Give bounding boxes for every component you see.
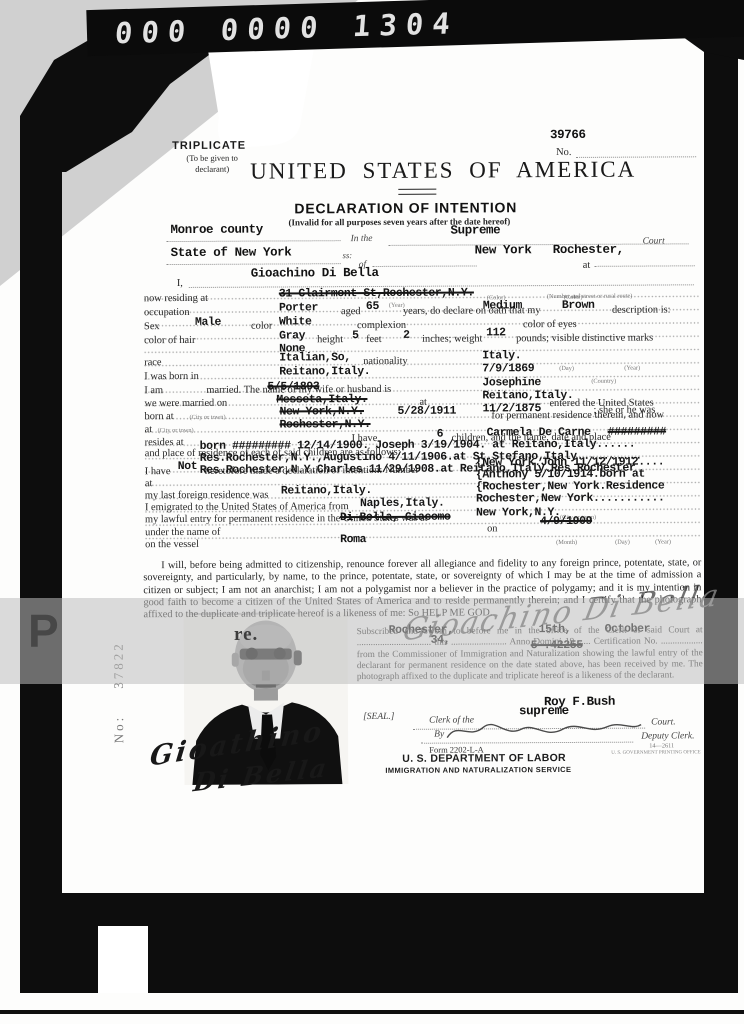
at-label-3: at bbox=[145, 478, 153, 489]
eyes-label: color of eyes bbox=[523, 319, 577, 330]
declaration-label-1: I have bbox=[145, 466, 171, 477]
ss-label: ss: bbox=[343, 250, 353, 260]
on-label: on bbox=[487, 523, 497, 534]
aged-label: aged bbox=[341, 306, 361, 317]
residing-value: 31 Clairmont St,Rochester,N.Y. bbox=[279, 286, 474, 300]
hair-value: Gray bbox=[279, 329, 305, 342]
vessel-label: on the vessel bbox=[145, 539, 199, 550]
complexion-value: Medium bbox=[483, 299, 522, 312]
feet-label: feet bbox=[366, 334, 382, 345]
country-sub: (Country) bbox=[591, 378, 616, 385]
brace-line-4: Rochester,New York........... bbox=[476, 491, 665, 505]
city-sub-1: (City or town) bbox=[189, 414, 225, 421]
declaration-form: TRIPLICATE (To be given to declarant) 39… bbox=[0, 0, 744, 1024]
scanned-declaration-document: 000 0000 1304 TRIPLICATE (To be given to… bbox=[0, 0, 744, 1024]
month-sub: (Month) bbox=[556, 539, 577, 546]
page-title: UNITED STATES OF AMERICA bbox=[250, 157, 636, 185]
print-office: U. S. GOVERNMENT PRINTING OFFICE bbox=[611, 750, 700, 755]
copy-note-line-1: (To be given to bbox=[162, 153, 262, 164]
city-sub-2: (City or town) bbox=[158, 427, 194, 434]
year-sub-1: (Year) bbox=[624, 365, 640, 372]
at-label-2: at bbox=[145, 424, 153, 435]
desc-label: description is: bbox=[612, 304, 671, 315]
complexion-label: complexion bbox=[357, 320, 406, 331]
copy-note: (To be given to declarant) bbox=[162, 153, 262, 175]
foreign-label: my last foreign residence was bbox=[145, 490, 269, 502]
height-inches-value: 2 bbox=[403, 329, 410, 342]
marks-label: pounds; visible distinctive marks bbox=[516, 333, 653, 345]
born-place-value: Reitano,Italy. bbox=[279, 365, 370, 378]
name-label: under the name of bbox=[145, 527, 220, 538]
deputy-label: Deputy Clerk. bbox=[641, 731, 694, 741]
bornat-value: New York,N.Y. bbox=[279, 405, 364, 418]
residing-label: now residing at bbox=[144, 293, 208, 304]
supreme-typed: supreme bbox=[519, 704, 569, 718]
dotted-line bbox=[576, 156, 696, 158]
form-subtitle: DECLARATION OF INTENTION bbox=[294, 199, 517, 216]
entry-name-value: Di Bella, Giacomo bbox=[340, 511, 451, 525]
court-name-typed: Supreme bbox=[450, 223, 500, 237]
height-label: height bbox=[317, 334, 343, 345]
not-value: Not bbox=[178, 460, 198, 473]
marriage-label: we were married on bbox=[144, 398, 227, 409]
weight-label: inches; weight bbox=[422, 333, 482, 344]
race-label: race bbox=[144, 357, 161, 368]
watermark-band bbox=[0, 598, 744, 684]
resides-label: resides at bbox=[145, 437, 184, 448]
title-rule bbox=[398, 189, 436, 195]
resided-value: Rochester,N.Y. bbox=[280, 418, 371, 431]
court-word-label: Court. bbox=[651, 717, 676, 727]
dept-label: U. S. DEPARTMENT OF LABOR bbox=[402, 752, 566, 765]
vessel-value: Roma bbox=[340, 533, 366, 546]
day-sub-2: (Day) bbox=[615, 539, 630, 546]
in-the-label: In the bbox=[351, 234, 373, 244]
entered-label: entered the United States bbox=[549, 398, 653, 410]
bornat-label: born at bbox=[144, 411, 173, 422]
i-label: I, bbox=[177, 278, 183, 289]
dotted-line bbox=[167, 240, 341, 242]
print-code: 14—2611 bbox=[649, 742, 674, 749]
dotted-line bbox=[373, 265, 477, 267]
day-sub-1: (Day) bbox=[559, 365, 574, 372]
married-label-1: I am bbox=[144, 385, 163, 396]
occupation-value: Porter bbox=[279, 301, 318, 314]
dotted-line bbox=[167, 263, 341, 265]
sex-label: Sex bbox=[144, 321, 160, 332]
watermark-p-letter: P bbox=[28, 604, 59, 658]
at-label: at bbox=[583, 260, 591, 271]
height-feet-value: 5 bbox=[352, 329, 359, 342]
declaration-label-2: heretofore made a declaration of intenti… bbox=[205, 465, 419, 477]
occupation-label: occupation bbox=[144, 307, 190, 318]
state-typed: State of New York bbox=[171, 245, 292, 260]
year-sub-2: (Year) bbox=[655, 538, 671, 545]
dotted-line bbox=[595, 265, 695, 267]
county-typed: Monroe county bbox=[170, 223, 262, 237]
color-value: White bbox=[279, 315, 312, 328]
watermark-re-text: re. bbox=[234, 624, 258, 646]
seal-label: [SEAL.] bbox=[363, 712, 394, 722]
service-label: IMMIGRATION AND NATURALIZATION SERVICE bbox=[385, 765, 571, 775]
declarant-name: Gioachino Di Bella bbox=[251, 266, 379, 281]
serial-number: 39766 bbox=[550, 128, 586, 142]
sex-value: Male bbox=[195, 316, 221, 329]
weight-value: 112 bbox=[486, 326, 506, 339]
by-label: By bbox=[434, 730, 444, 740]
entry-date-1: 5/28/1911 bbox=[397, 405, 456, 418]
copy-note-line-2: declarant) bbox=[162, 163, 262, 174]
spouse-name-value: Josephine bbox=[482, 376, 541, 389]
born-label: I was born in bbox=[144, 371, 199, 382]
color-label: color bbox=[251, 321, 272, 332]
deputy-clerk-signature bbox=[445, 719, 645, 746]
foreign-value: Reitano,Italy. bbox=[281, 484, 372, 497]
permanent-label: for permanent residence therein, and now bbox=[491, 409, 664, 421]
born-date-value: 7/9/1869 bbox=[482, 362, 534, 375]
hair-label: color of hair bbox=[144, 335, 195, 346]
race-value: Italian,So, bbox=[279, 351, 351, 364]
court-label: Court bbox=[643, 236, 665, 246]
age-value: 65 bbox=[366, 300, 379, 313]
nationality-value: Italy. bbox=[482, 349, 521, 362]
emigrated-label: I emigrated to the United States of Amer… bbox=[145, 501, 349, 513]
eyes-value: Brown bbox=[562, 299, 595, 312]
side-stamp-label: No: bbox=[111, 715, 126, 744]
copy-type-label: TRIPLICATE bbox=[172, 140, 246, 152]
married-date-value: 5/5/1893 bbox=[267, 380, 319, 393]
emigrated-value: Naples,Italy. bbox=[360, 497, 445, 510]
entry-date-value: 4/9/1909 bbox=[540, 515, 592, 528]
